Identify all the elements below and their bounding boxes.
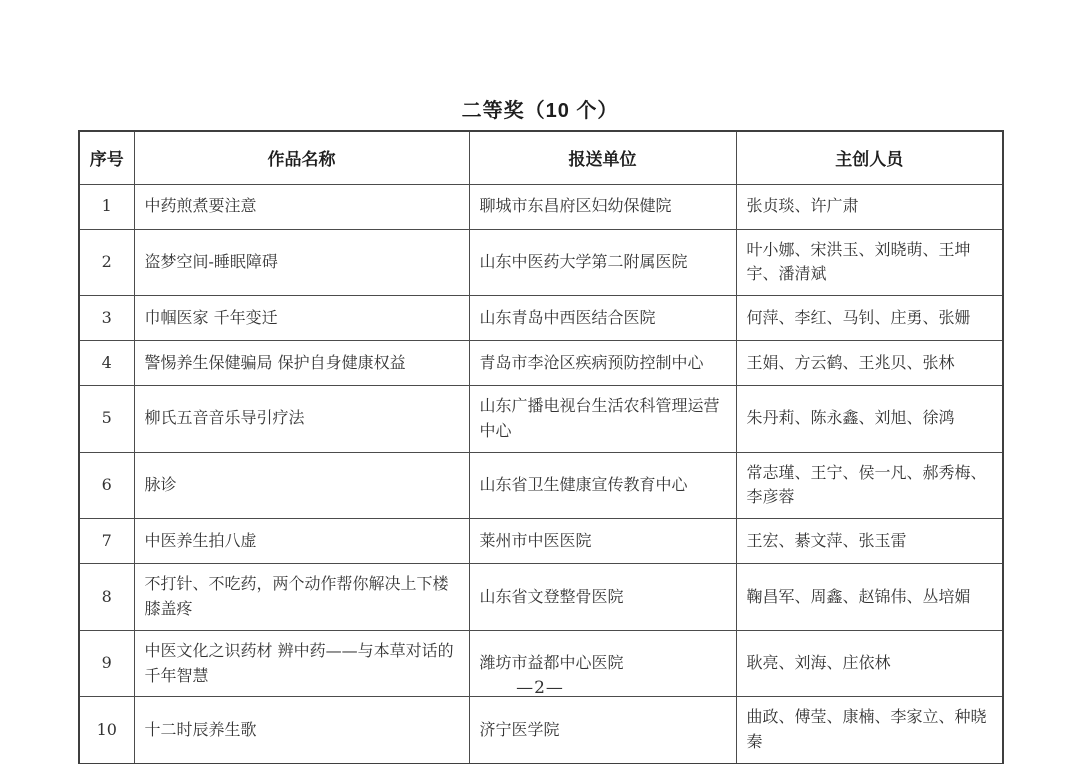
cell-unit: 济宁医学院: [469, 697, 736, 764]
cell-no: 6: [79, 452, 134, 519]
cell-creators: 曲政、傅莹、康楠、李家立、种晓秦: [736, 697, 1003, 764]
cell-no: 1: [79, 184, 134, 229]
cell-unit: 莱州市中医医院: [469, 519, 736, 564]
cell-no: 8: [79, 564, 134, 631]
cell-creators: 王娟、方云鹤、王兆贝、张林: [736, 341, 1003, 386]
table-row: 2 盗梦空间-睡眠障碍 山东中医药大学第二附属医院 叶小娜、宋洪玉、刘晓萌、王坤…: [79, 229, 1003, 296]
cell-no: 5: [79, 386, 134, 453]
cell-unit: 青岛市李沧区疾病预防控制中心: [469, 341, 736, 386]
cell-unit: 山东青岛中西医结合医院: [469, 296, 736, 341]
header-creators: 主创人员: [736, 131, 1003, 184]
cell-creators: 朱丹莉、陈永鑫、刘旭、徐鸿: [736, 386, 1003, 453]
cell-title: 中医养生拍八虚: [134, 519, 469, 564]
awards-table: 序号 作品名称 报送单位 主创人员 1 中药煎煮要注意 聊城市东昌府区妇幼保健院…: [78, 130, 1004, 764]
table-row: 4 警惕养生保健骗局 保护自身健康权益 青岛市李沧区疾病预防控制中心 王娟、方云…: [79, 341, 1003, 386]
table-row: 7 中医养生拍八虚 莱州市中医医院 王宏、綦文萍、张玉雷: [79, 519, 1003, 564]
cell-unit: 山东广播电视台生活农科管理运营中心: [469, 386, 736, 453]
cell-title: 盗梦空间-睡眠障碍: [134, 229, 469, 296]
header-unit: 报送单位: [469, 131, 736, 184]
cell-no: 2: [79, 229, 134, 296]
cell-creators: 鞠昌军、周鑫、赵锦伟、丛培媚: [736, 564, 1003, 631]
cell-title: 柳氏五音音乐导引疗法: [134, 386, 469, 453]
cell-no: 4: [79, 341, 134, 386]
table-row: 1 中药煎煮要注意 聊城市东昌府区妇幼保健院 张贞琰、许广肃: [79, 184, 1003, 229]
table-header-row: 序号 作品名称 报送单位 主创人员: [79, 131, 1003, 184]
cell-title: 警惕养生保健骗局 保护自身健康权益: [134, 341, 469, 386]
header-title: 作品名称: [134, 131, 469, 184]
table-row: 6 脉诊 山东省卫生健康宣传教育中心 常志瑾、王宁、侯一凡、郝秀梅、李彦蓉: [79, 452, 1003, 519]
table-row: 8 不打针、不吃药，两个动作帮你解决上下楼膝盖疼 山东省文登整骨医院 鞠昌军、周…: [79, 564, 1003, 631]
page-number: —2—: [0, 678, 1080, 698]
table-row: 5 柳氏五音音乐导引疗法 山东广播电视台生活农科管理运营中心 朱丹莉、陈永鑫、刘…: [79, 386, 1003, 453]
cell-title: 巾帼医家 千年变迁: [134, 296, 469, 341]
cell-title: 十二时辰养生歌: [134, 697, 469, 764]
cell-title: 中药煎煮要注意: [134, 184, 469, 229]
header-no: 序号: [79, 131, 134, 184]
document-page: 二等奖（10 个） 序号 作品名称 报送单位 主创人员 1 中药煎煮要注意 聊城…: [0, 0, 1080, 764]
cell-creators: 何萍、李红、马钊、庄勇、张姗: [736, 296, 1003, 341]
cell-creators: 常志瑾、王宁、侯一凡、郝秀梅、李彦蓉: [736, 452, 1003, 519]
cell-creators: 叶小娜、宋洪玉、刘晓萌、王坤宇、潘清斌: [736, 229, 1003, 296]
cell-unit: 山东省文登整骨医院: [469, 564, 736, 631]
table-row: 3 巾帼医家 千年变迁 山东青岛中西医结合医院 何萍、李红、马钊、庄勇、张姗: [79, 296, 1003, 341]
table-row: 10 十二时辰养生歌 济宁医学院 曲政、傅莹、康楠、李家立、种晓秦: [79, 697, 1003, 764]
cell-no: 7: [79, 519, 134, 564]
cell-unit: 山东省卫生健康宣传教育中心: [469, 452, 736, 519]
section-title: 二等奖（10 个）: [0, 94, 1080, 123]
cell-no: 3: [79, 296, 134, 341]
cell-unit: 聊城市东昌府区妇幼保健院: [469, 184, 736, 229]
cell-creators: 张贞琰、许广肃: [736, 184, 1003, 229]
cell-creators: 王宏、綦文萍、张玉雷: [736, 519, 1003, 564]
cell-unit: 山东中医药大学第二附属医院: [469, 229, 736, 296]
cell-title: 不打针、不吃药，两个动作帮你解决上下楼膝盖疼: [134, 564, 469, 631]
cell-no: 10: [79, 697, 134, 764]
cell-title: 脉诊: [134, 452, 469, 519]
